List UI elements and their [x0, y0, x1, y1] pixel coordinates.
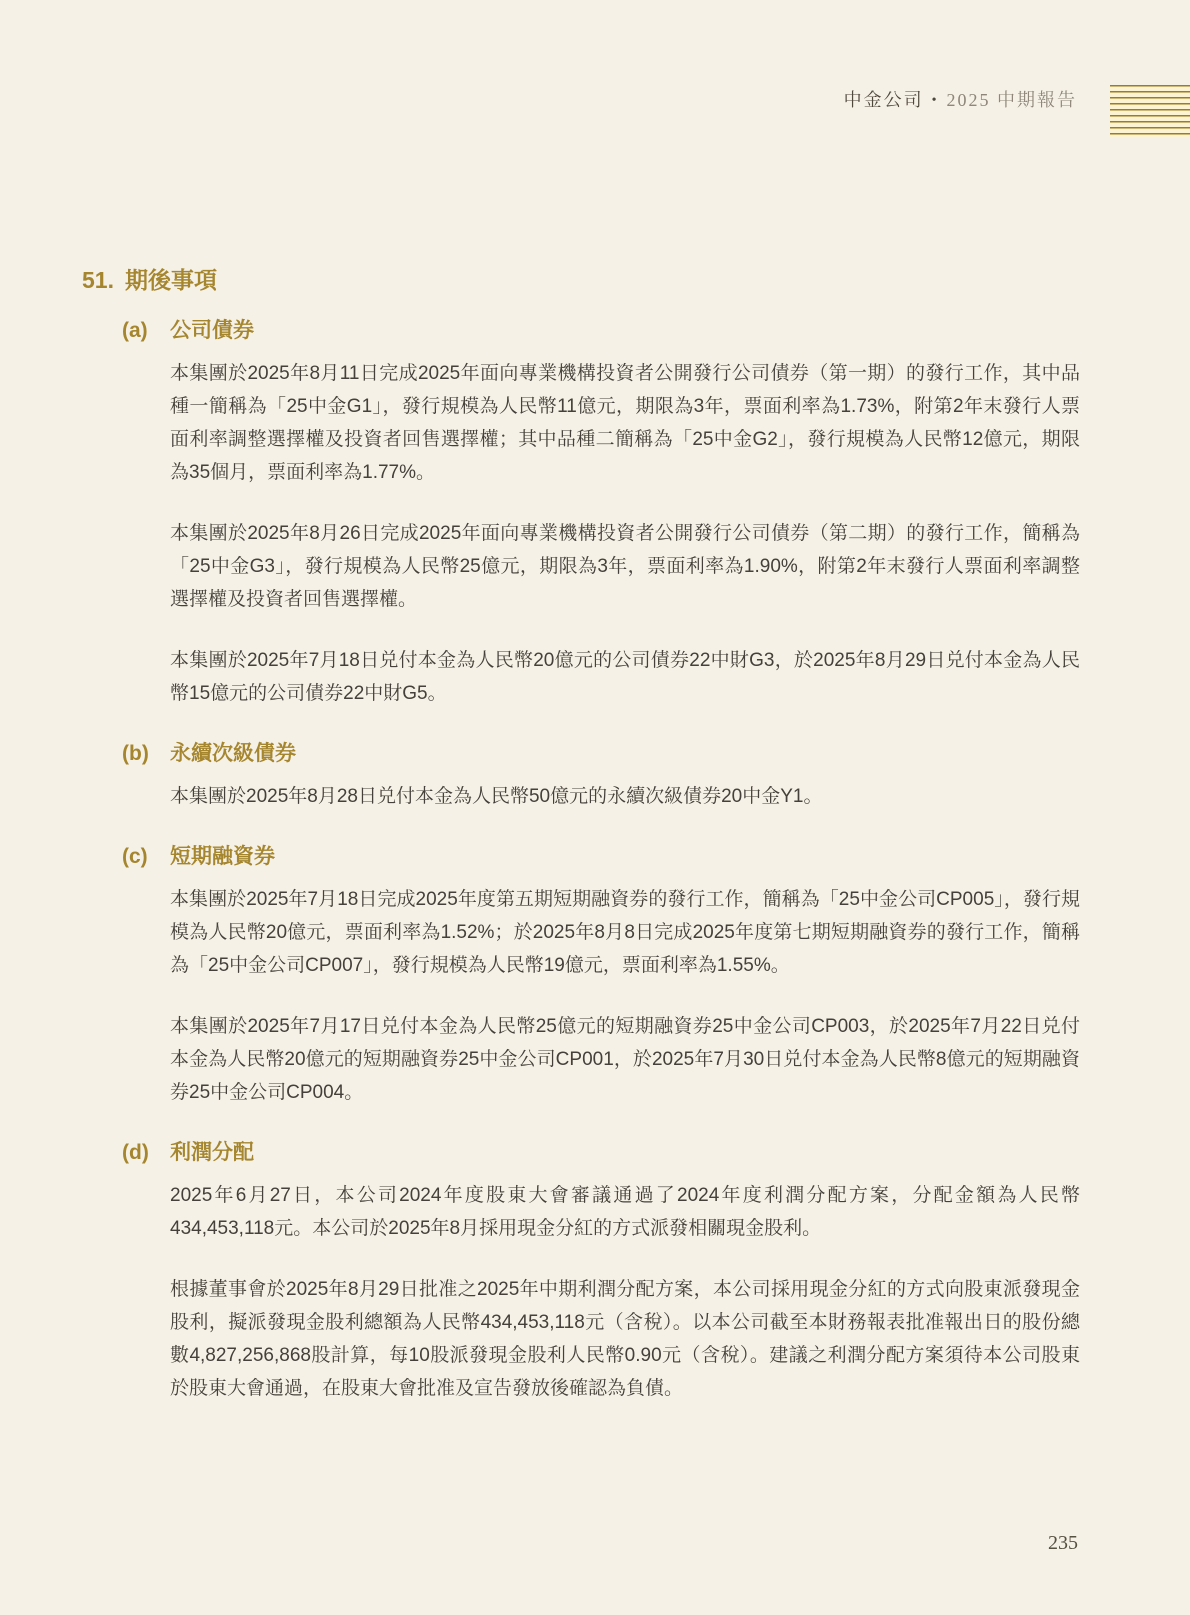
subsection-list: (a) 公司債券 本集團於2025年8月11日完成2025年面向專業機構投資者公…: [122, 317, 1080, 1405]
paragraph: 本集團於2025年8月26日完成2025年面向專業機構投資者公開發行公司債券（第…: [170, 517, 1080, 616]
section-number: 51.: [82, 265, 125, 295]
subsection-d-label: (d): [122, 1139, 170, 1167]
subsection-b-title: 永續次級債券: [170, 740, 296, 768]
paragraph: 本集團於2025年8月11日完成2025年面向專業機構投資者公開發行公司債券（第…: [170, 357, 1080, 489]
subsection-c-label: (c): [122, 843, 170, 871]
subsection-b-body: 本集團於2025年8月28日兑付本金為人民幣50億元的永續次級債券20中金Y1。: [170, 780, 1080, 813]
paragraph: 本集團於2025年7月18日完成2025年度第五期短期融資券的發行工作，簡稱為「…: [170, 883, 1080, 982]
paragraph: 根據董事會於2025年8月29日批准之2025年中期利潤分配方案，本公司採用現金…: [170, 1273, 1080, 1405]
section-heading: 51. 期後事項: [82, 265, 1080, 295]
subsection-d-title: 利潤分配: [170, 1139, 254, 1167]
subsection-a-title: 公司債券: [170, 317, 254, 345]
page-content: 51. 期後事項 (a) 公司債券 本集團於2025年8月11日完成2025年面…: [82, 265, 1080, 1405]
subsection-c-body: 本集團於2025年7月18日完成2025年度第五期短期融資券的發行工作，簡稱為「…: [170, 883, 1080, 1109]
subsection-a-heading: (a) 公司債券: [122, 317, 1080, 345]
subsection-b-heading: (b) 永續次級債券: [122, 740, 1080, 768]
subsection-c: (c) 短期融資券 本集團於2025年7月18日完成2025年度第五期短期融資券…: [122, 843, 1080, 1109]
subsection-d-heading: (d) 利潤分配: [122, 1139, 1080, 1167]
header-report-title: 2025 中期報告: [947, 90, 1078, 110]
subsection-a-label: (a): [122, 317, 170, 345]
subsection-a-body: 本集團於2025年8月11日完成2025年面向專業機構投資者公開發行公司債券（第…: [170, 357, 1080, 710]
page-number: 235: [1048, 1532, 1078, 1555]
header-bullet-separator: •: [932, 93, 939, 108]
paragraph: 2025年6月27日，本公司2024年度股東大會審議通過了2024年度利潤分配方…: [170, 1179, 1080, 1245]
subsection-d-body: 2025年6月27日，本公司2024年度股東大會審議通過了2024年度利潤分配方…: [170, 1179, 1080, 1405]
subsection-a: (a) 公司債券 本集團於2025年8月11日完成2025年面向專業機構投資者公…: [122, 317, 1080, 710]
header-company-name: 中金公司: [844, 90, 924, 110]
paragraph: 本集團於2025年7月17日兑付本金為人民幣25億元的短期融資券25中金公司CP…: [170, 1010, 1080, 1109]
report-header: 中金公司•2025 中期報告: [844, 86, 1077, 112]
subsection-b-label: (b): [122, 740, 170, 768]
paragraph: 本集團於2025年8月28日兑付本金為人民幣50億元的永續次級債券20中金Y1。: [170, 780, 1080, 813]
subsection-d: (d) 利潤分配 2025年6月27日，本公司2024年度股東大會審議通過了20…: [122, 1139, 1080, 1405]
subsection-b: (b) 永續次級債券 本集團於2025年8月28日兑付本金為人民幣50億元的永續…: [122, 740, 1080, 813]
section-title: 期後事項: [125, 265, 217, 295]
subsection-c-title: 短期融資券: [170, 843, 275, 871]
subsection-c-heading: (c) 短期融資券: [122, 843, 1080, 871]
paragraph: 本集團於2025年7月18日兑付本金為人民幣20億元的公司債券22中財G3，於2…: [170, 644, 1080, 710]
gold-stripes-logo-icon: [1110, 85, 1190, 138]
